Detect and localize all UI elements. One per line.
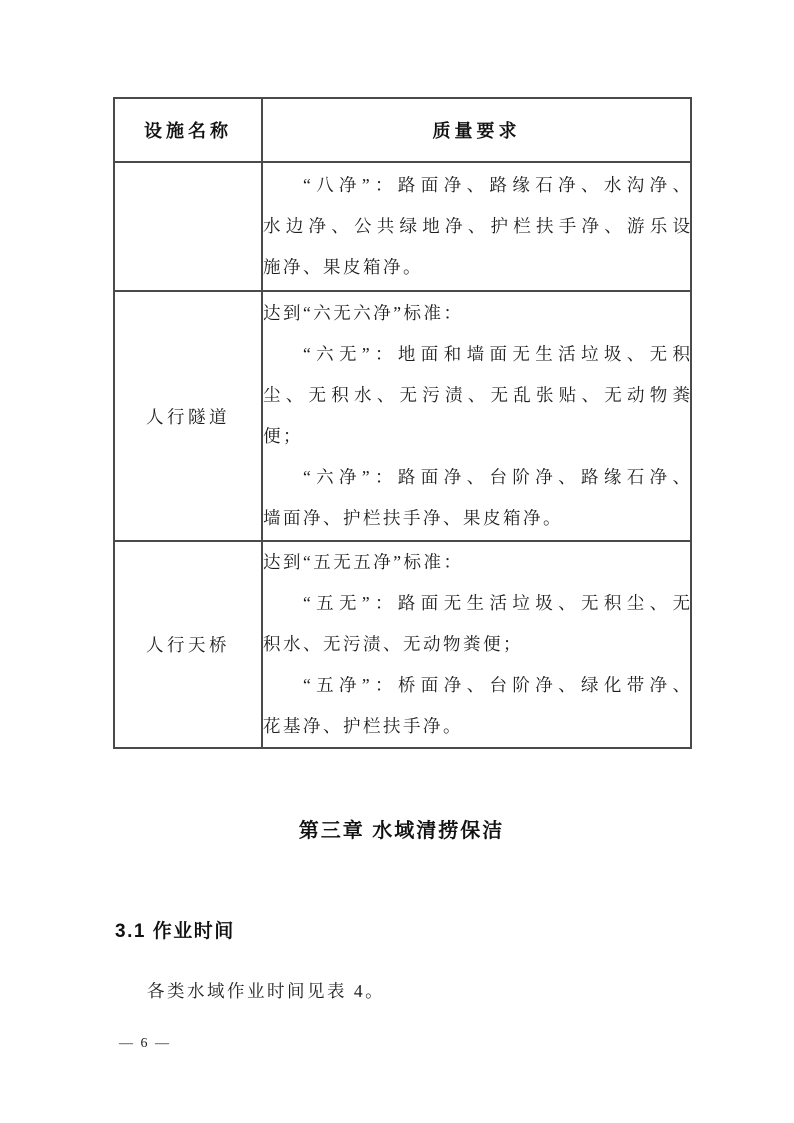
- facility-name-cell: 人行天桥: [114, 541, 262, 748]
- cell-text-line: “六净”：路面净、台阶净、路缘石净、: [263, 457, 690, 498]
- body-paragraph: 各类水域作业时间见表 4。: [147, 978, 385, 1003]
- table-header-row: 设施名称 质量要求: [114, 98, 691, 162]
- cell-text-line: 积水、无污渍、无动物粪便；: [263, 624, 690, 665]
- cell-text-line: 达到“五无五净”标准：: [263, 542, 690, 583]
- cell-text-line: 便；: [263, 416, 690, 457]
- cell-text-line: “六无”：地面和墙面无生活垃圾、无积: [263, 334, 690, 375]
- table-row-pedestrian-tunnel: 人行隧道 达到“六无六净”标准： “六无”：地面和墙面无生活垃圾、无积 尘、无积…: [114, 291, 691, 541]
- cell-text-line: 达到“六无六净”标准：: [263, 293, 690, 334]
- chapter-heading: 第三章 水域清捞保洁: [113, 814, 690, 843]
- cell-text-line: 墙面净、护栏扶手净、果皮箱净。: [263, 498, 690, 539]
- quality-requirement-cell: “八净”：路面净、路缘石净、水沟净、 水边净、公共绿地净、护栏扶手净、游乐设 施…: [262, 162, 691, 291]
- cell-text-line: “五净”：桥面净、台阶净、绿化带净、: [263, 665, 690, 706]
- table-row-eight-clean: “八净”：路面净、路缘石净、水沟净、 水边净、公共绿地净、护栏扶手净、游乐设 施…: [114, 162, 691, 291]
- facility-name-cell: 人行隧道: [114, 291, 262, 541]
- facility-name-cell: [114, 162, 262, 291]
- section-heading: 3.1 作业时间: [115, 916, 235, 943]
- quality-requirements-table: 设施名称 质量要求 “八净”：路面净、路缘石净、水沟净、 水边净、公共绿地净、护…: [113, 97, 692, 749]
- table-row-pedestrian-bridge: 人行天桥 达到“五无五净”标准： “五无”：路面无生活垃圾、无积尘、无 积水、无…: [114, 541, 691, 748]
- cell-text-line: 花基净、护栏扶手净。: [263, 706, 690, 747]
- cell-text-line: 水边净、公共绿地净、护栏扶手净、游乐设: [263, 206, 690, 247]
- quality-requirement-cell: 达到“五无五净”标准： “五无”：路面无生活垃圾、无积尘、无 积水、无污渍、无动…: [262, 541, 691, 748]
- quality-requirement-cell: 达到“六无六净”标准： “六无”：地面和墙面无生活垃圾、无积 尘、无积水、无污渍…: [262, 291, 691, 541]
- cell-text-line: 尘、无积水、无污渍、无乱张贴、无动物粪: [263, 375, 690, 416]
- cell-text-line: “八净”：路面净、路缘石净、水沟净、: [263, 165, 690, 206]
- document-page: 设施名称 质量要求 “八净”：路面净、路缘石净、水沟净、 水边净、公共绿地净、护…: [0, 0, 794, 1123]
- page-number: — 6 —: [119, 1036, 171, 1052]
- header-facility-name: 设施名称: [114, 98, 262, 162]
- header-quality-requirement: 质量要求: [262, 98, 691, 162]
- cell-text-line: 施净、果皮箱净。: [263, 247, 690, 288]
- cell-text-line: “五无”：路面无生活垃圾、无积尘、无: [263, 583, 690, 624]
